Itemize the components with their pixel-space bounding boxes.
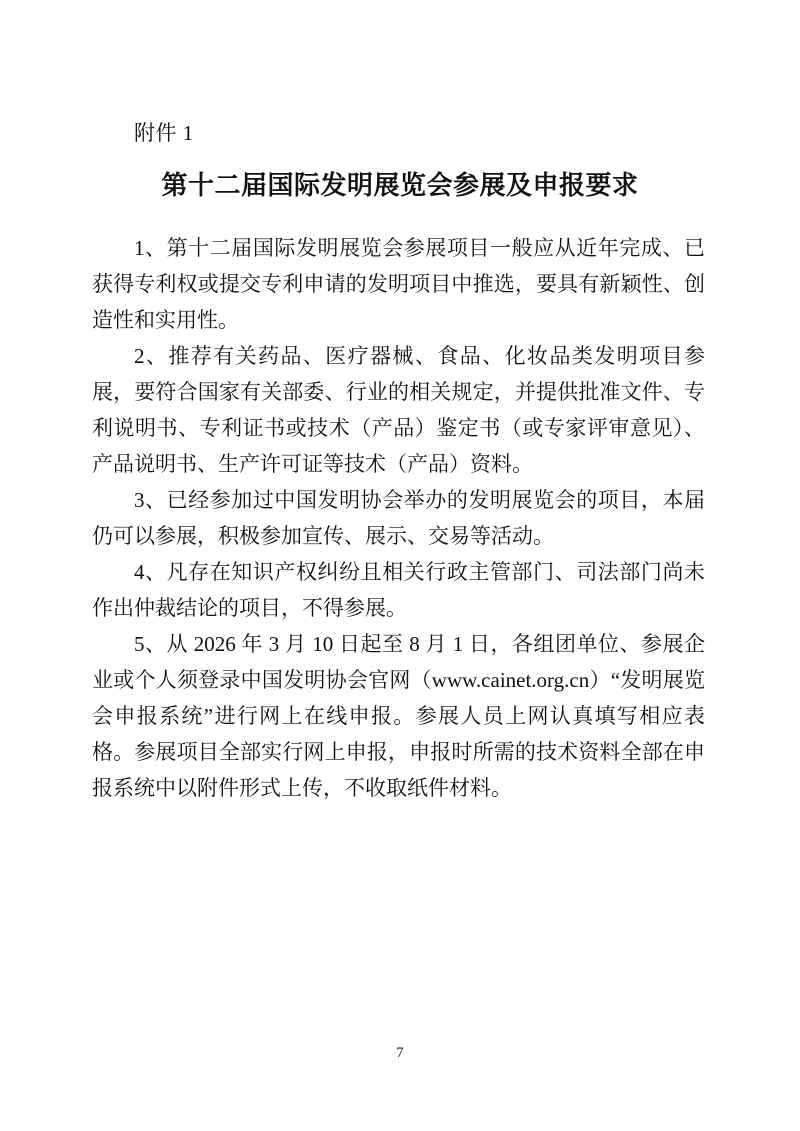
paragraph-4: 4、凡存在知识产权纠纷且相关行政主管部门、司法部门尚未作出仲裁结论的项目，不得参… (92, 554, 705, 626)
paragraph-3: 3、已经参加过中国发明协会举办的发明展览会的项目，本届仍可以参展，积极参加宣传、… (92, 482, 705, 554)
paragraph-5: 5、从 2026 年 3 月 10 日起至 8 月 1 日，各组团单位、参展企业… (92, 626, 705, 806)
document-body: 1、第十二届国际发明展览会参展项目一般应从近年完成、已获得专利权或提交专利申请的… (92, 230, 705, 806)
attachment-label: 附件 1 (92, 120, 194, 146)
document-page: 附件 1 第十二届国际发明展览会参展及申报要求 1、第十二届国际发明展览会参展项… (0, 0, 800, 1131)
paragraph-1: 1、第十二届国际发明展览会参展项目一般应从近年完成、已获得专利权或提交专利申请的… (92, 230, 705, 338)
paragraph-2: 2、推荐有关药品、医疗器械、食品、化妆品类发明项目参展，要符合国家有关部委、行业… (92, 338, 705, 482)
document-title: 第十二届国际发明展览会参展及申报要求 (0, 169, 800, 203)
page-number: 7 (0, 1043, 800, 1063)
